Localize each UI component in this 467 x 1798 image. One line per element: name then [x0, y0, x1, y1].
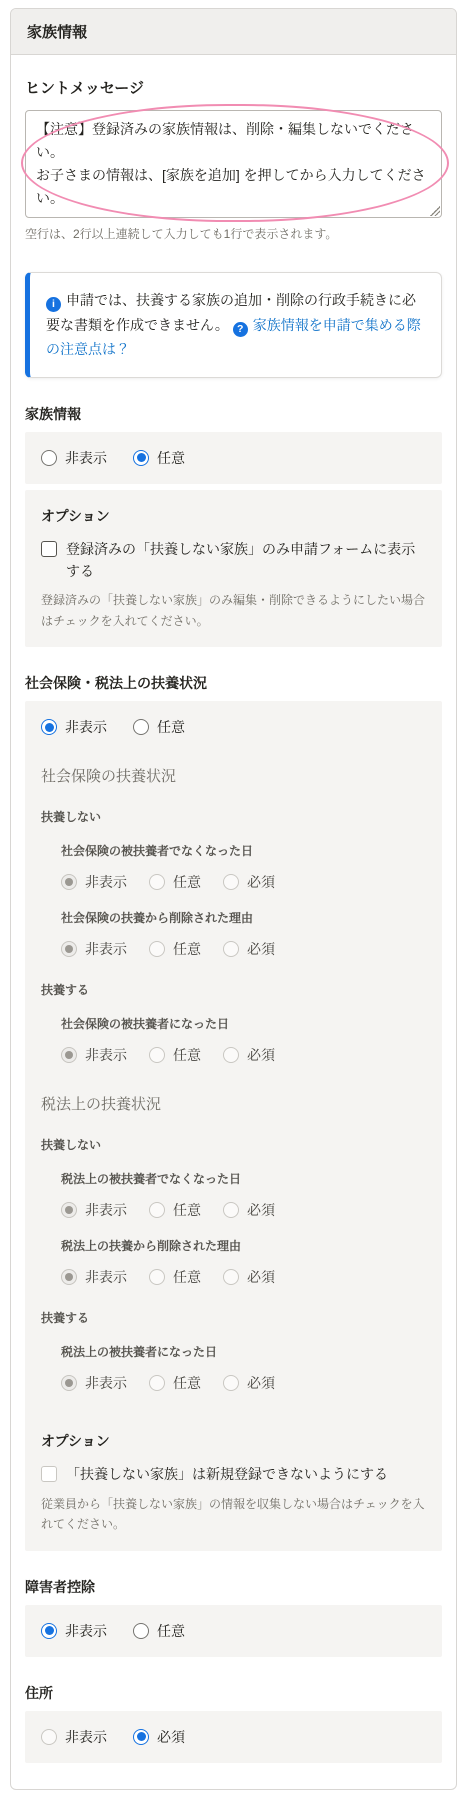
radio-option-label: 任意: [157, 448, 185, 468]
radio-option-optional: 任意: [149, 1200, 201, 1220]
radio-option-required: 必須: [223, 1267, 275, 1287]
radio-option-label: 必須: [247, 939, 275, 959]
radio-icon[interactable]: [133, 719, 149, 735]
radio-icon-selected-disabled: [61, 941, 77, 957]
field-social-no-longer-dependent-date: 社会保険の被扶養者でなくなった日 非表示 任意 必須: [61, 842, 426, 892]
family-visibility-fieldset: 非表示 任意: [25, 432, 442, 484]
radio-icon-selected-disabled: [61, 1047, 77, 1063]
radio-option-label: 任意: [173, 939, 201, 959]
checkbox-label: 「扶養しない家族」は新規登録できないようにする: [66, 1464, 388, 1486]
radio-option-hidden: 非表示: [61, 1200, 127, 1220]
radio-option-label: 任意: [173, 1373, 201, 1393]
hint-message-textarea[interactable]: 【注意】登録済みの家族情報は、削除・編集しないでください。 お子さまの情報は、[…: [25, 110, 442, 218]
radio-option-required: 必須: [223, 1373, 275, 1393]
no-new-non-dependent-checkbox-row: 「扶養しない家族」は新規登録できないようにする: [41, 1464, 426, 1486]
checkbox-helper-text: 従業員から「扶養しない家族」の情報を収集しない場合はチェックを入れてください。: [41, 1494, 426, 1535]
field-label: 社会保険の扶養から削除された理由: [61, 909, 426, 926]
hint-textarea-wrap: 【注意】登録済みの家族情報は、削除・編集しないでください。 お子さまの情報は、[…: [25, 110, 442, 218]
radio-option-label: 必須: [247, 1200, 275, 1220]
radio-icon-disabled: [223, 1047, 239, 1063]
radio-option-label: 任意: [173, 872, 201, 892]
radio-option-label: 非表示: [65, 1727, 107, 1747]
radio-icon-selected-disabled: [61, 1375, 77, 1391]
radio-option-hidden[interactable]: 非表示: [41, 448, 107, 468]
radio-icon-disabled: [41, 1729, 57, 1745]
radio-icon-selected-disabled: [61, 1269, 77, 1285]
radio-option-required: 必須: [223, 1045, 275, 1065]
radio-option-label: 任意: [173, 1267, 201, 1287]
radio-option-hidden[interactable]: 非表示: [41, 717, 107, 737]
radio-option-label: 非表示: [65, 717, 107, 737]
radio-option-required[interactable]: 必須: [133, 1727, 185, 1747]
radio-icon[interactable]: [133, 1623, 149, 1639]
radio-option-optional: 任意: [149, 1267, 201, 1287]
field-label: 社会保険の被扶養者になった日: [61, 1015, 426, 1032]
family-options-fieldset: オプション 登録済みの「扶養しない家族」のみ申請フォームに表示する 登録済みの「…: [25, 490, 442, 647]
radio-option-label: 任意: [173, 1045, 201, 1065]
radio-option-optional: 任意: [149, 1045, 201, 1065]
checkbox-helper-text: 登録済みの「扶養しない家族」のみ編集・削除できるようにしたい場合はチェックを入れ…: [41, 590, 426, 631]
field-social-became-dependent-date: 社会保険の被扶養者になった日 非表示 任意 必須: [61, 1015, 426, 1065]
radio-option-optional: 任意: [149, 939, 201, 959]
radio-icon-selected[interactable]: [41, 1623, 57, 1639]
radio-icon-selected[interactable]: [133, 1729, 149, 1745]
checkbox-label: 登録済みの「扶養しない家族」のみ申請フォームに表示する: [66, 539, 426, 582]
radio-option-label: 必須: [247, 872, 275, 892]
radio-option-hidden: 非表示: [61, 1373, 127, 1393]
hint-message-label: ヒントメッセージ: [25, 77, 442, 98]
radio-option-label: 非表示: [65, 448, 107, 468]
radio-option-hidden: 非表示: [61, 1045, 127, 1065]
radio-option-label: 必須: [247, 1267, 275, 1287]
radio-icon-disabled: [223, 941, 239, 957]
radio-option-label: 必須: [157, 1727, 185, 1747]
panel-title: 家族情報: [11, 9, 456, 55]
notice-box: i申請では、扶養する家族の追加・削除の行政手続きに必要な書類を作成できません。 …: [25, 272, 442, 378]
options-title: オプション: [41, 506, 426, 526]
section-label-dependents: 社会保険・税法上の扶養状況: [25, 673, 442, 693]
radio-icon-disabled: [149, 1375, 165, 1391]
family-info-settings-panel: 家族情報 ヒントメッセージ 【注意】登録済みの家族情報は、削除・編集しないでくだ…: [10, 8, 457, 1790]
dependents-fieldset: 非表示 任意 社会保険の扶養状況 扶養しない 社会保険の被扶養者でなくなった日 …: [25, 701, 442, 1550]
radio-option-required: 必須: [223, 939, 275, 959]
visibility-radio-group-disabled: 非表示 任意 必須: [61, 1267, 426, 1287]
group-label-not-dependent: 扶養しない: [41, 1136, 426, 1153]
radio-icon-disabled: [223, 1269, 239, 1285]
radio-option-label: 必須: [247, 1373, 275, 1393]
disability-visibility-radio-group: 非表示 任意: [41, 1621, 426, 1641]
radio-option-optional: 任意: [149, 1373, 201, 1393]
radio-option-label: 非表示: [85, 1373, 127, 1393]
radio-icon-disabled: [223, 1202, 239, 1218]
radio-option-optional: 任意: [149, 872, 201, 892]
radio-option-hidden: 非表示: [61, 1267, 127, 1287]
radio-option-hidden[interactable]: 非表示: [41, 1621, 107, 1641]
show-only-registered-checkbox-row[interactable]: 登録済みの「扶養しない家族」のみ申請フォームに表示する: [41, 539, 426, 582]
address-visibility-radio-group: 非表示 必須: [41, 1727, 426, 1747]
radio-option-label: 必須: [247, 1045, 275, 1065]
textarea-resize-handle-icon[interactable]: [430, 206, 440, 216]
field-label: 社会保険の被扶養者でなくなった日: [61, 842, 426, 859]
radio-option-optional[interactable]: 任意: [133, 717, 185, 737]
dependents-visibility-radio-group: 非表示 任意: [41, 717, 426, 737]
field-tax-became-dependent-date: 税法上の被扶養者になった日 非表示 任意 必須: [61, 1343, 426, 1393]
radio-option-label: 任意: [157, 1621, 185, 1641]
radio-option-hidden: 非表示: [61, 872, 127, 892]
checkbox-icon-disabled: [41, 1466, 57, 1482]
radio-option-label: 非表示: [85, 1045, 127, 1065]
panel-body: ヒントメッセージ 【注意】登録済みの家族情報は、削除・編集しないでください。 お…: [11, 55, 456, 1789]
section-label-family: 家族情報: [25, 404, 442, 424]
radio-option-label: 非表示: [65, 1621, 107, 1641]
dependents-options-block: オプション 「扶養しない家族」は新規登録できないようにする 従業員から「扶養しな…: [41, 1431, 426, 1534]
subsection-title-social-insurance: 社会保険の扶養状況: [41, 765, 426, 786]
radio-icon-disabled: [149, 941, 165, 957]
field-label: 税法上の被扶養者になった日: [61, 1343, 426, 1360]
family-visibility-radio-group: 非表示 任意: [41, 448, 426, 468]
visibility-radio-group-disabled: 非表示 任意 必須: [61, 1200, 426, 1220]
info-icon: i: [46, 297, 61, 312]
radio-option-label: 任意: [173, 1200, 201, 1220]
checkbox-icon[interactable]: [41, 541, 57, 557]
visibility-radio-group-disabled: 非表示 任意 必須: [61, 1045, 426, 1065]
question-icon: ?: [233, 322, 248, 337]
section-label-disability: 障害者控除: [25, 1577, 442, 1597]
radio-icon-selected-disabled: [61, 1202, 77, 1218]
radio-icon-disabled: [223, 1375, 239, 1391]
field-tax-removed-reason: 税法上の扶養から削除された理由 非表示 任意 必須: [61, 1237, 426, 1287]
radio-option-label: 非表示: [85, 1200, 127, 1220]
group-label-dependent: 扶養する: [41, 981, 426, 998]
options-title: オプション: [41, 1431, 426, 1451]
radio-option-hidden: 非表示: [41, 1727, 107, 1747]
address-visibility-fieldset: 非表示 必須: [25, 1711, 442, 1763]
radio-option-optional[interactable]: 任意: [133, 1621, 185, 1641]
group-label-dependent: 扶養する: [41, 1309, 426, 1326]
field-social-removed-reason: 社会保険の扶養から削除された理由 非表示 任意 必須: [61, 909, 426, 959]
radio-icon-disabled: [149, 1202, 165, 1218]
radio-option-label: 非表示: [85, 1267, 127, 1287]
radio-icon-selected-disabled: [61, 874, 77, 890]
visibility-radio-group-disabled: 非表示 任意 必須: [61, 872, 426, 892]
radio-icon-disabled: [149, 874, 165, 890]
section-label-address: 住所: [25, 1683, 442, 1703]
radio-option-label: 任意: [157, 717, 185, 737]
radio-option-optional[interactable]: 任意: [133, 448, 185, 468]
field-label: 税法上の被扶養者でなくなった日: [61, 1170, 426, 1187]
field-label: 税法上の扶養から削除された理由: [61, 1237, 426, 1254]
subsection-title-tax: 税法上の扶養状況: [41, 1093, 426, 1114]
radio-option-label: 非表示: [85, 939, 127, 959]
hint-helper-text: 空行は、2行以上連続して入力しても1行で表示されます。: [25, 224, 442, 244]
radio-icon[interactable]: [41, 450, 57, 466]
radio-option-hidden: 非表示: [61, 939, 127, 959]
radio-icon-disabled: [149, 1047, 165, 1063]
visibility-radio-group-disabled: 非表示 任意 必須: [61, 939, 426, 959]
radio-icon-disabled: [223, 874, 239, 890]
visibility-radio-group-disabled: 非表示 任意 必須: [61, 1373, 426, 1393]
radio-option-label: 非表示: [85, 872, 127, 892]
radio-option-required: 必須: [223, 1200, 275, 1220]
radio-icon-selected[interactable]: [133, 450, 149, 466]
radio-icon-selected[interactable]: [41, 719, 57, 735]
radio-icon-disabled: [149, 1269, 165, 1285]
radio-option-required: 必須: [223, 872, 275, 892]
group-label-not-dependent: 扶養しない: [41, 808, 426, 825]
field-tax-no-longer-dependent-date: 税法上の被扶養者でなくなった日 非表示 任意 必須: [61, 1170, 426, 1220]
